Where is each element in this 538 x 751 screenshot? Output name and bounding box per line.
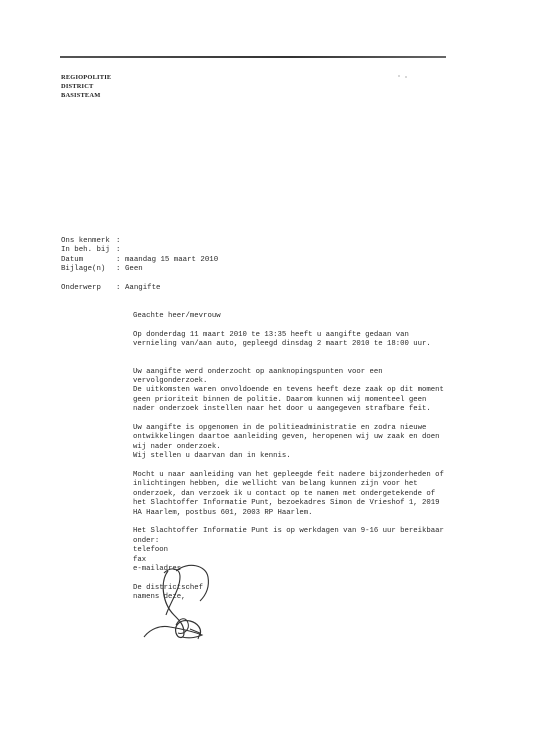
org-line-basisteam: BASISTEAM [61,91,111,100]
subject-value: Aangifte [125,284,160,293]
paragraph-registration: Uw aangifte is opgenomen in de politiead… [133,424,463,462]
scan-speck [398,75,400,77]
meta-label: Ons kenmerk [61,237,116,246]
organization-header: REGIOPOLITIE DISTRICT BASISTEAM [61,73,111,101]
meta-label: Bijlage(n) [61,265,116,274]
org-line-regiopolitie: REGIOPOLITIE [61,73,111,82]
meta-value: Geen [125,265,143,274]
header-rule [60,56,446,58]
paragraph-contact: Mocht u naar aanleiding van het gepleegd… [133,471,463,518]
meta-value: maandag 15 maart 2010 [125,256,218,265]
paragraph-investigation: Uw aangifte werd onderzocht op aanknopin… [133,368,463,415]
meta-label: Datum [61,256,116,265]
meta-separator: : [116,265,125,274]
closing-signoff: De districtschef namens deze, [133,584,463,603]
paragraph-incident: Op donderdag 11 maart 2010 te 13:35 heef… [133,331,463,350]
subject-label: Onderwerp [61,284,116,293]
meta-separator: : [116,237,125,246]
meta-row-bijlage: Bijlage(n) : Geen [61,265,218,274]
meta-row-datum: Datum : maandag 15 maart 2010 [61,256,218,265]
salutation: Geachte heer/mevrouw [133,312,463,321]
letter-body: Geachte heer/mevrouw Op donderdag 11 maa… [133,312,463,612]
meta-row-in-behandeling: In beh. bij : [61,246,218,255]
paragraph-availability: Het Slachtoffer Informatie Punt is op we… [133,527,463,574]
org-line-district: DISTRICT [61,82,111,91]
meta-separator: : [116,246,125,255]
meta-separator: : [116,256,125,265]
scan-speck [405,76,407,78]
meta-row-kenmerk: Ons kenmerk : [61,237,218,246]
meta-label: In beh. bij [61,246,116,255]
letter-meta: Ons kenmerk : In beh. bij : Datum : maan… [61,237,218,293]
meta-separator: : [116,284,125,293]
meta-row-onderwerp: Onderwerp : Aangifte [61,284,218,293]
